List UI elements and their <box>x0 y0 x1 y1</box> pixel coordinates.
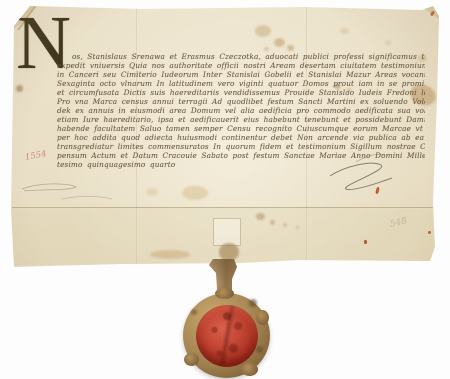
stain <box>296 226 299 229</box>
manuscript-line: tesimo quinquagesimo quarto <box>57 160 425 169</box>
red-wax-seal <box>196 305 258 367</box>
manuscript-line: expedit vniuersis Quia nos authoritate o… <box>57 61 425 70</box>
red-ink-speck <box>375 187 380 195</box>
stain-above-tag <box>219 243 239 261</box>
red-ink-speck <box>364 240 367 244</box>
pencil-loop <box>22 184 76 191</box>
stain <box>385 40 391 45</box>
manuscript-line: et circumfusata Dictis suis haereditarii… <box>57 88 425 97</box>
manuscript-line: Pro vna Marca census annui terragii Ad q… <box>57 97 425 106</box>
seal-rim-blot <box>249 299 257 307</box>
seal-rim-blot <box>191 309 197 315</box>
margin-year-note: 1554 <box>24 149 47 163</box>
photo-of-charter: N os, Stanislaus Srenawa et Erasmus Czec… <box>0 0 450 379</box>
seal-rim-bump <box>184 353 199 366</box>
stain <box>283 223 287 227</box>
seal-rim-bump <box>256 310 269 325</box>
stain <box>340 28 349 34</box>
manuscript-line: os, Stanislaus Srenawa et Erasmus Czeczo… <box>72 52 425 61</box>
stain <box>146 188 158 196</box>
manuscript-line: per hoc addita quod adiecta huiusmodi co… <box>57 133 425 142</box>
stain <box>287 45 294 51</box>
stain <box>264 47 269 51</box>
seal-rim-blot <box>256 346 263 353</box>
seal-rim-bump <box>241 363 258 376</box>
manuscript-line: pensum Actum et Datum Cracouie Sabato po… <box>57 151 425 160</box>
stain <box>16 85 23 92</box>
manuscript-line: dek ex annuis in eiusmodi area Domum vel… <box>57 106 425 115</box>
manuscript-line: etiam Iure haereditario, ipsa et aedific… <box>57 115 425 124</box>
stain <box>150 250 190 259</box>
manuscript-line: habende facultatem Saluo tamen semper Ce… <box>57 124 425 133</box>
manuscript-line: Sexaginta octo vlnarum In latitudinem ve… <box>57 79 425 88</box>
pencil-line <box>62 196 112 199</box>
seal-tag-slit <box>213 218 241 246</box>
stain <box>274 38 285 47</box>
stain <box>255 25 271 37</box>
manuscript-line: in Canceri seu Cimiterio Iudeorum Inter … <box>57 70 425 79</box>
stain <box>256 213 265 220</box>
manuscript-line: transgrediatur limites commensuratos In … <box>57 142 425 151</box>
manuscript-text-block: os, Stanislaus Srenawa et Erasmus Czeczo… <box>57 52 427 172</box>
red-ink-speck <box>428 231 431 234</box>
seal-rim-bump <box>215 288 234 299</box>
stain <box>182 186 208 200</box>
stain <box>270 220 275 225</box>
